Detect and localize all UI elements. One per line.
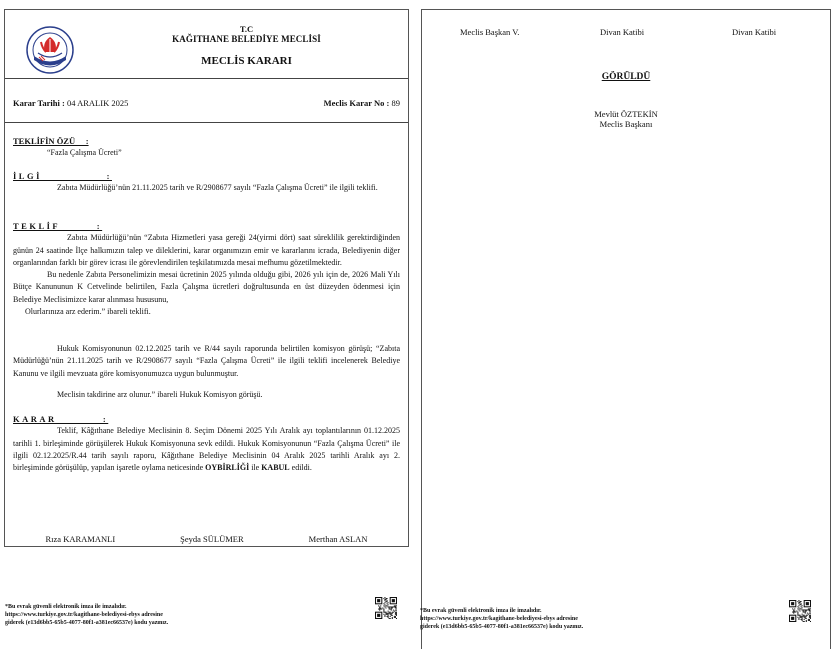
- e-signature-notice: *Bu evrak güvenli elektronik imza ile im…: [420, 607, 583, 630]
- signature-title: Meclis Başkan V.: [460, 27, 519, 37]
- qr-code-icon: [375, 597, 397, 619]
- komisyon-paragraph: Meclisin takdirine arz olunur.” ibareli …: [13, 389, 400, 401]
- unanimous-label: OYBİRLİĞİ: [205, 463, 249, 472]
- goruldu-label: GÖRÜLDÜ: [422, 72, 830, 82]
- teklif-paragraph: Bu nedenle Zabıta Personelimizin mesai ü…: [13, 269, 400, 306]
- president-role: Meclis Başkanı: [422, 119, 830, 129]
- teklif-paragraph: Zabıta Müdürlüğü’nün “Zabıta Hizmetleri …: [13, 232, 400, 269]
- komisyon-paragraph: Hukuk Komisyonunun 02.12.2025 tarih ve R…: [13, 343, 400, 380]
- document-title: MECLİS KARARI: [5, 55, 408, 67]
- section-teklif: TEKLİF : Zabıta Müdürlüğü’nün “Zabıta Hi…: [13, 220, 400, 318]
- council-president: Mevlüt ÖZTEKİN Meclis Başkanı: [422, 109, 830, 129]
- document-page-1: T.C KAĞITHANE BELEDİYE MECLİSİ MECLİS KA…: [0, 0, 418, 630]
- decision-date: Karar Tarihi : 04 ARALIK 2025: [13, 98, 128, 108]
- president-name: Mevlüt ÖZTEKİN: [422, 109, 830, 119]
- header-tc: T.C: [5, 24, 408, 34]
- signature-title: Divan Katibi: [600, 27, 644, 37]
- section-ozu: TEKLİFİN ÖZÜ : “Fazla Çalışma Ücreti”: [13, 135, 400, 160]
- verification-link[interactable]: https://www.turkiye.gov.tr/kagithane-bel…: [420, 615, 583, 623]
- decision-number: Meclis Karar No : 89: [324, 98, 400, 108]
- meta-divider: [5, 122, 408, 123]
- decision-frame: T.C KAĞITHANE BELEDİYE MECLİSİ MECLİS KA…: [4, 9, 409, 547]
- section-heading: İLGİ :: [13, 170, 400, 182]
- verification-link[interactable]: https://www.turkiye.gov.tr/kagithane-bel…: [5, 611, 168, 619]
- approval-frame: Meclis Başkan V. Divan Katibi Divan Kati…: [421, 9, 831, 630]
- e-signature-notice: *Bu evrak güvenli elektronik imza ile im…: [5, 603, 168, 627]
- signature-name: Rıza KARAMANLI: [46, 534, 116, 544]
- qr-code-icon: [789, 600, 811, 622]
- signature-name: Merthan ASLAN: [309, 534, 368, 544]
- section-heading: TEKLİF :: [13, 220, 400, 232]
- header-divider: [5, 78, 408, 79]
- section-heading: TEKLİFİN ÖZÜ :: [13, 135, 400, 147]
- signature-title: Divan Katibi: [732, 27, 776, 37]
- section-heading: KARAR :: [13, 413, 400, 425]
- accepted-label: KABUL: [261, 463, 289, 472]
- decision-meta: Karar Tarihi : 04 ARALIK 2025 Meclis Kar…: [13, 98, 400, 108]
- section-ilgi: İLGİ : Zabıta Müdürlüğü’nün 21.11.2025 t…: [13, 170, 400, 195]
- signature-name: Şeyda SÜLÜMER: [180, 534, 244, 544]
- signature-row: Rıza KARAMANLI Şeyda SÜLÜMER Merthan ASL…: [13, 534, 400, 544]
- teklif-paragraph: Olurlarınıza arz ederim.” ibareli teklif…: [13, 306, 400, 318]
- karar-text: Teklif, Kâğıthane Belediye Meclisinin 8.…: [13, 425, 400, 474]
- section-text: “Fazla Çalışma Ücreti”: [13, 147, 400, 159]
- document-page-2: Meclis Başkan V. Divan Katibi Divan Kati…: [418, 0, 837, 630]
- organization-name: KAĞITHANE BELEDİYE MECLİSİ: [5, 34, 408, 44]
- section-karar: KARAR : Teklif, Kâğıthane Belediye Mecli…: [13, 413, 400, 474]
- section-text: Zabıta Müdürlüğü’nün 21.11.2025 tarih ve…: [13, 182, 400, 194]
- section-komisyon: Hukuk Komisyonunun 02.12.2025 tarih ve R…: [13, 343, 400, 401]
